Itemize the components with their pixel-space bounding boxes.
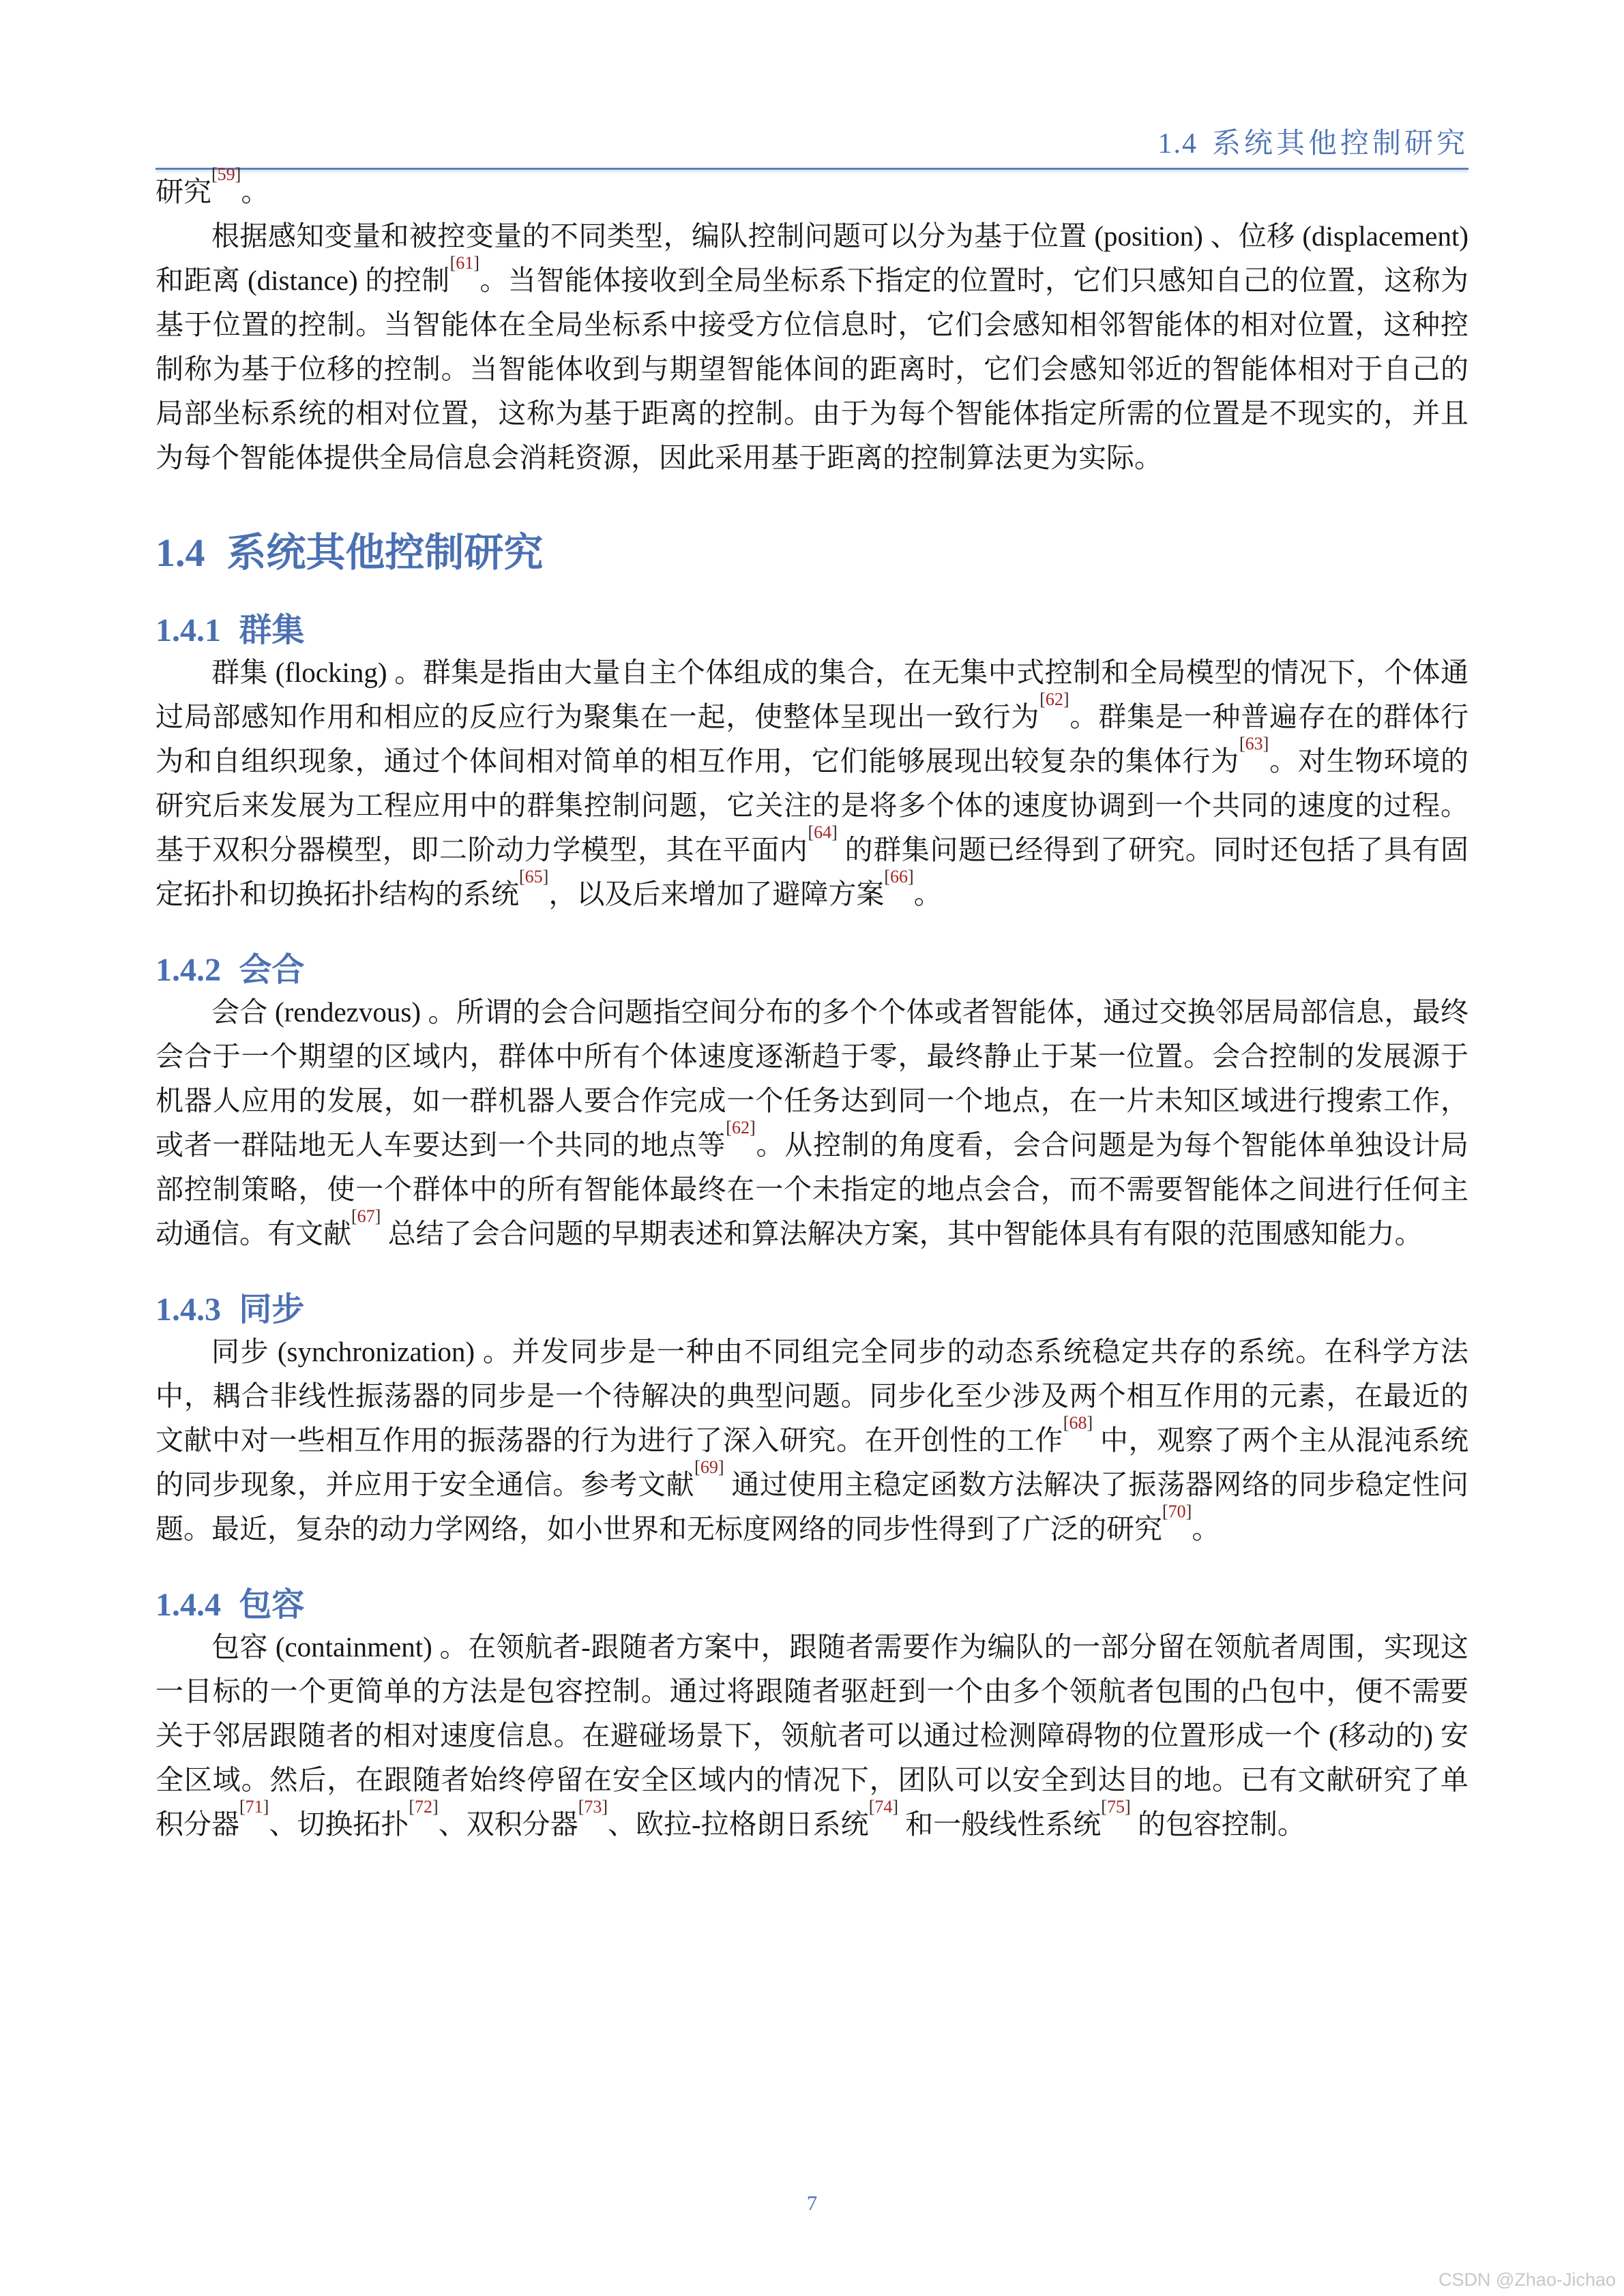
citation-bracket-close: ] bbox=[473, 253, 479, 273]
citation-bracket-close: ] bbox=[831, 822, 838, 842]
heading-title: 系统其他控制研究 bbox=[226, 531, 543, 575]
heading-number: 1.4 bbox=[156, 531, 205, 575]
citation-bracket-close: ] bbox=[235, 164, 241, 184]
document-page: 1.4系统其他控制研究 研究[59]。根据感知变量和被控变量的不同类型，编队控制… bbox=[0, 0, 1624, 2296]
citation-link[interactable]: [63] bbox=[1239, 734, 1269, 754]
heading-title: 同步 bbox=[239, 1292, 304, 1328]
citation-bracket-close: ] bbox=[375, 1206, 381, 1226]
document-body: 研究[59]。根据感知变量和被控变量的不同类型，编队控制问题可以分为基于位置 (… bbox=[156, 170, 1468, 1847]
citation-bracket-close: ] bbox=[1263, 734, 1269, 754]
citation-link[interactable]: [68] bbox=[1063, 1413, 1093, 1433]
citation-bracket-close: ] bbox=[892, 1797, 898, 1817]
citation-number: 70 bbox=[1168, 1502, 1186, 1521]
citation-number: 67 bbox=[357, 1206, 375, 1226]
citation-number: 63 bbox=[1245, 734, 1263, 754]
paragraph: 同步 (synchronization) 。并发同步是一种由不同组完全同步的动态… bbox=[156, 1330, 1468, 1551]
citation-link[interactable]: [64] bbox=[808, 822, 838, 842]
citation-link[interactable]: [73] bbox=[578, 1797, 608, 1817]
citation-link[interactable]: [74] bbox=[869, 1797, 898, 1817]
citation-bracket-open: [ bbox=[1039, 689, 1046, 709]
citation-number: 66 bbox=[890, 867, 908, 886]
citation-link[interactable]: [70] bbox=[1162, 1502, 1192, 1521]
paragraph: 包容 (containment) 。在领航者-跟随者方案中，跟随者需要作为编队的… bbox=[156, 1625, 1468, 1847]
running-header-number: 1.4 bbox=[1157, 128, 1198, 160]
citation-number: 72 bbox=[415, 1797, 432, 1817]
citation-bracket-open: [ bbox=[808, 822, 814, 842]
subsection-heading: 1.4.4包容 bbox=[156, 1585, 1468, 1625]
citation-number: 69 bbox=[700, 1457, 718, 1477]
heading-title: 群集 bbox=[239, 612, 304, 648]
citation-link[interactable]: [61] bbox=[450, 253, 479, 273]
citation-number: 61 bbox=[456, 253, 473, 273]
citation-link[interactable]: [67] bbox=[351, 1206, 381, 1226]
citation-number: 65 bbox=[525, 867, 543, 886]
citation-bracket-close: ] bbox=[1087, 1413, 1093, 1433]
citation-bracket-close: ] bbox=[1186, 1502, 1192, 1521]
heading-number: 1.4.3 bbox=[156, 1292, 221, 1328]
citation-bracket-close: ] bbox=[263, 1797, 269, 1817]
citation-link[interactable]: [72] bbox=[409, 1797, 438, 1817]
page-content: 1.4系统其他控制研究 研究[59]。根据感知变量和被控变量的不同类型，编队控制… bbox=[0, 0, 1624, 1847]
citation-bracket-open: [ bbox=[1101, 1797, 1107, 1817]
paragraph: 会合 (rendezvous) 。所谓的会合问题指空间分布的多个个体或者智能体，… bbox=[156, 990, 1468, 1256]
citation-bracket-close: ] bbox=[1125, 1797, 1131, 1817]
heading-number: 1.4.4 bbox=[156, 1587, 221, 1623]
citation-link[interactable]: [71] bbox=[239, 1797, 269, 1817]
section-heading: 1.4系统其他控制研究 bbox=[156, 529, 1468, 577]
subsection-heading: 1.4.3同步 bbox=[156, 1290, 1468, 1330]
heading-number: 1.4.2 bbox=[156, 952, 221, 988]
paragraph: 研究[59]。 bbox=[156, 170, 1468, 214]
paragraph: 根据感知变量和被控变量的不同类型，编队控制问题可以分为基于位置 (positio… bbox=[156, 214, 1468, 480]
heading-number: 1.4.1 bbox=[156, 612, 221, 648]
citation-bracket-open: [ bbox=[884, 867, 890, 886]
running-header: 1.4系统其他控制研究 bbox=[156, 127, 1468, 161]
citation-bracket-open: [ bbox=[694, 1457, 700, 1477]
citation-number: 68 bbox=[1069, 1413, 1087, 1433]
citation-bracket-close: ] bbox=[602, 1797, 608, 1817]
citation-number: 62 bbox=[732, 1118, 750, 1137]
citation-bracket-open: [ bbox=[211, 164, 218, 184]
citation-link[interactable]: [59] bbox=[211, 164, 241, 184]
heading-title: 包容 bbox=[239, 1587, 304, 1623]
citation-bracket-open: [ bbox=[450, 253, 456, 273]
citation-bracket-open: [ bbox=[351, 1206, 357, 1226]
citation-link[interactable]: [62] bbox=[726, 1118, 755, 1137]
citation-bracket-close: ] bbox=[432, 1797, 439, 1817]
citation-bracket-close: ] bbox=[908, 867, 914, 886]
citation-number: 62 bbox=[1046, 689, 1063, 709]
citation-bracket-open: [ bbox=[409, 1797, 415, 1817]
citation-number: 75 bbox=[1107, 1797, 1125, 1817]
citation-bracket-close: ] bbox=[543, 867, 549, 886]
citation-link[interactable]: [69] bbox=[694, 1457, 724, 1477]
citation-bracket-close: ] bbox=[750, 1118, 756, 1137]
citation-bracket-close: ] bbox=[1063, 689, 1069, 709]
citation-link[interactable]: [75] bbox=[1101, 1797, 1130, 1817]
page-number: 7 bbox=[0, 2191, 1624, 2216]
citation-bracket-close: ] bbox=[718, 1457, 724, 1477]
running-header-title: 系统其他控制研究 bbox=[1212, 128, 1468, 160]
paragraph: 群集 (flocking) 。群集是指由大量自主个体组成的集合，在无集中式控制和… bbox=[156, 651, 1468, 916]
subsection-heading: 1.4.1群集 bbox=[156, 611, 1468, 651]
watermark: CSDN @Zhao-Jichao bbox=[1438, 2269, 1616, 2291]
citation-bracket-open: [ bbox=[1239, 734, 1245, 754]
citation-number: 74 bbox=[874, 1797, 892, 1817]
citation-bracket-open: [ bbox=[239, 1797, 246, 1817]
subsection-heading: 1.4.2会合 bbox=[156, 951, 1468, 990]
citation-bracket-open: [ bbox=[1162, 1502, 1168, 1521]
citation-link[interactable]: [65] bbox=[519, 867, 548, 886]
citation-bracket-open: [ bbox=[519, 867, 525, 886]
citation-link[interactable]: [62] bbox=[1039, 689, 1069, 709]
citation-bracket-open: [ bbox=[726, 1118, 732, 1137]
heading-title: 会合 bbox=[239, 952, 304, 988]
citation-link[interactable]: [66] bbox=[884, 867, 913, 886]
citation-number: 64 bbox=[814, 822, 831, 842]
citation-number: 59 bbox=[218, 164, 235, 184]
citation-number: 73 bbox=[584, 1797, 602, 1817]
citation-number: 71 bbox=[246, 1797, 263, 1817]
